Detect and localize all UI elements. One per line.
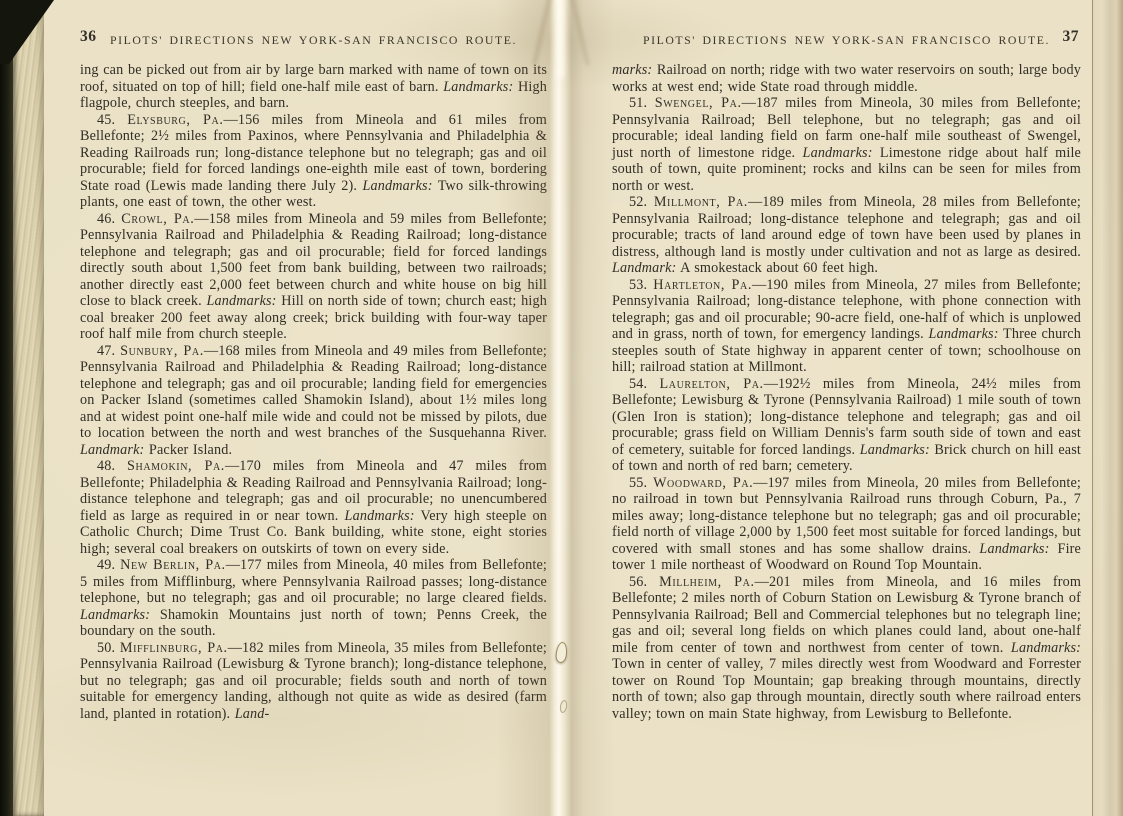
left-page-header: 36 PILOTS' DIRECTIONS NEW YORK-SAN FRANC…	[80, 31, 547, 49]
body-text: 50.	[97, 640, 120, 656]
body-text: Railroad on north; ridge with two water …	[612, 62, 1081, 95]
paragraph: 48. Shamokin, Pa.—170 miles from Mineola…	[80, 458, 547, 557]
italic-text: Landmark:	[80, 442, 144, 458]
body-text: 56.	[629, 574, 659, 590]
paragraph: 45. Elysburg, Pa.—156 miles from Mineola…	[80, 112, 547, 211]
body-text: A smokestack about 60 feet high.	[676, 260, 878, 276]
body-text: 48.	[97, 458, 127, 474]
smallcaps-town-name: Mifflinburg, Pa.	[120, 640, 228, 656]
book-cover-edge	[0, 0, 13, 816]
paragraph: 51. Swengel, Pa.—187 miles from Mineola,…	[612, 95, 1081, 194]
paragraph: 46. Crowl, Pa.—158 miles from Mineola an…	[80, 211, 547, 343]
paragraph: ing can be picked out from air by large …	[80, 62, 547, 112]
italic-text: Landmarks:	[206, 293, 276, 309]
smallcaps-town-name: Millmont, Pa.	[654, 194, 748, 210]
smallcaps-town-name: Hartleton, Pa.	[653, 277, 752, 293]
paragraph: 53. Hartleton, Pa.—190 miles from Mineol…	[612, 277, 1081, 376]
italic-text: Landmark:	[612, 260, 676, 276]
body-text: 54.	[629, 376, 659, 392]
body-text: Town in center of valley, 7 miles direct…	[612, 656, 1081, 722]
body-text: 55.	[629, 475, 653, 491]
italic-text: Landmarks:	[80, 607, 150, 623]
right-page-header: PILOTS' DIRECTIONS NEW YORK-SAN FRANCISC…	[612, 31, 1081, 49]
italic-text: Landmarks:	[363, 178, 433, 194]
right-running-title: PILOTS' DIRECTIONS NEW YORK-SAN FRANCISC…	[643, 33, 1050, 47]
body-text: 45.	[97, 112, 127, 128]
paragraph: 47. Sunbury, Pa.—168 miles from Mineola …	[80, 343, 547, 459]
body-text: Shamokin Mountains just north of town; P…	[80, 607, 547, 640]
smallcaps-town-name: Laurelton, Pa.	[659, 376, 763, 392]
left-running-title: PILOTS' DIRECTIONS NEW YORK-SAN FRANCISC…	[110, 33, 517, 47]
smallcaps-town-name: New Berlin, Pa.	[120, 557, 226, 573]
paragraph: marks: Railroad on north; ridge with two…	[612, 62, 1081, 95]
page-stack-edge	[13, 0, 44, 816]
italic-text: Landmarks:	[345, 508, 415, 524]
italic-text: Landmarks:	[929, 326, 999, 342]
smallcaps-town-name: Elysburg, Pa.	[127, 112, 223, 128]
italic-text: Landmarks:	[803, 145, 873, 161]
left-page: 36 PILOTS' DIRECTIONS NEW YORK-SAN FRANC…	[80, 31, 547, 722]
paragraph: 54. Laurelton, Pa.—192½ miles from Mineo…	[612, 376, 1081, 475]
paragraph: 56. Millheim, Pa.—201 miles from Mineola…	[612, 574, 1081, 723]
right-page: PILOTS' DIRECTIONS NEW YORK-SAN FRANCISC…	[612, 31, 1081, 722]
body-text: 53.	[629, 277, 653, 293]
right-page-body: marks: Railroad on north; ridge with two…	[612, 62, 1081, 722]
smallcaps-town-name: Swengel, Pa.	[655, 95, 742, 111]
italic-text: marks:	[612, 62, 652, 78]
italic-text: Landmarks:	[860, 442, 930, 458]
left-page-number: 36	[80, 28, 97, 46]
body-text: 47.	[97, 343, 120, 359]
italic-text: Landmarks:	[1011, 640, 1081, 656]
body-text: 51.	[629, 95, 655, 111]
body-text: 46.	[97, 211, 121, 227]
italic-text: Land-	[235, 706, 270, 722]
top-fold-highlight	[557, 0, 564, 78]
left-page-body: ing can be picked out from air by large …	[80, 62, 547, 722]
italic-text: Landmarks:	[443, 79, 513, 95]
body-text: Packer Island.	[144, 442, 232, 458]
smallcaps-town-name: Millheim, Pa.	[659, 574, 755, 590]
book-scan: 36 PILOTS' DIRECTIONS NEW YORK-SAN FRANC…	[0, 0, 1123, 816]
paragraph: 52. Millmont, Pa.—189 miles from Mineola…	[612, 194, 1081, 277]
body-text: 52.	[629, 194, 654, 210]
smallcaps-town-name: Shamokin, Pa.	[127, 458, 225, 474]
smallcaps-town-name: Woodward, Pa.	[653, 475, 753, 491]
paragraph: 50. Mifflinburg, Pa.—182 miles from Mine…	[80, 640, 547, 723]
smallcaps-town-name: Sunbury, Pa.	[120, 343, 204, 359]
smallcaps-town-name: Crowl, Pa.	[121, 211, 194, 227]
italic-text: Landmarks:	[979, 541, 1049, 557]
paragraph: 55. Woodward, Pa.—197 miles from Mineola…	[612, 475, 1081, 574]
right-page-number: 37	[1063, 28, 1080, 46]
paragraph: 49. New Berlin, Pa.—177 miles from Mineo…	[80, 557, 547, 640]
body-text: 49.	[97, 557, 120, 573]
